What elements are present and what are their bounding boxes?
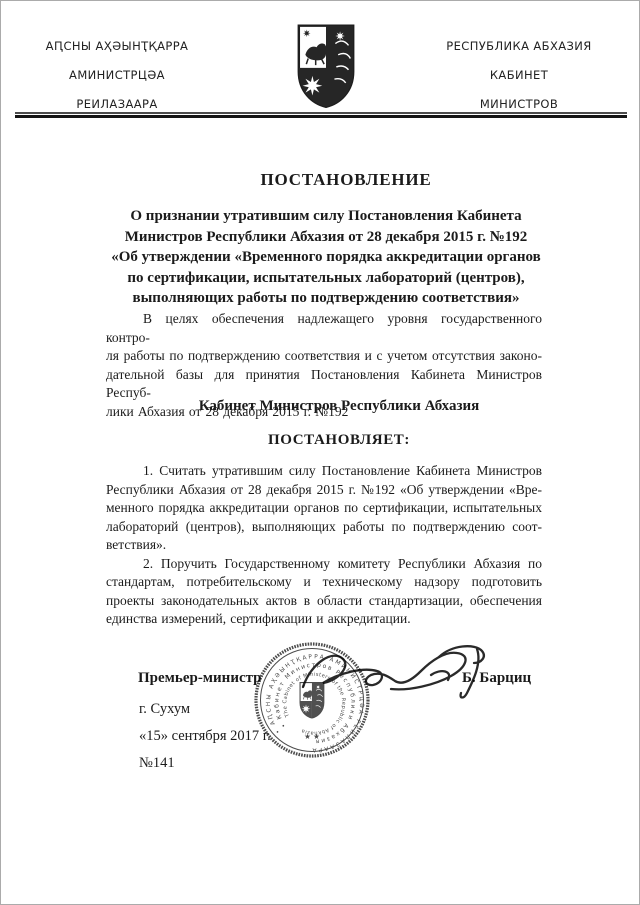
document-subject: О признании утратившим силу Постановлени…: [91, 206, 561, 309]
signer-post: Премьер-министр: [138, 670, 262, 687]
seal-stars: ★ ★: [304, 732, 320, 741]
text-line: ля работы по подтверждению соответствия …: [106, 347, 542, 366]
coat-of-arms-icon: [290, 21, 362, 111]
letterhead-russian: РЕСПУБЛИКА АБХАЗИЯКАБИНЕТМИНИСТРОВ: [433, 32, 605, 119]
letterhead-abkhazian: АԤСНЫ АҲӘЫНҬҚАРРААМИНИСТРЦӘАРЕИЛАЗААРА: [31, 32, 203, 119]
text-line: Министров Республики Абхазия от 28 декаб…: [91, 227, 561, 248]
text-line: единства измерений, сертификации и аккре…: [106, 610, 542, 629]
text-line: выполняющих работы по подтверждению соот…: [91, 288, 561, 309]
document-title: ПОСТАНОВЛЕНИЕ: [106, 170, 586, 190]
text-line: менного порядка аккредитации органов по …: [106, 499, 542, 518]
handwritten-signature: [291, 633, 496, 718]
issue-city: г. Сухум: [139, 701, 190, 718]
issue-date: «15» сентября 2017 г.: [139, 728, 271, 745]
text-line: КАБИНЕТ: [433, 61, 605, 90]
issuing-body-line: Кабинет Министров Республики Абхазия: [121, 398, 557, 415]
text-line: проекты законодательных актов в области …: [106, 592, 542, 611]
resolution-item-1: 1. Считать утратившим силу Постановление…: [106, 462, 542, 555]
text-line: стандартам, потребительскому и техническ…: [106, 573, 542, 592]
text-line: ветствия».: [106, 536, 542, 555]
text-line: дательной базы для принятия Постановлени…: [106, 366, 542, 403]
resolution-item-2: 2. Поручить Государственному комитету Ре…: [106, 555, 542, 629]
text-line: лабораторий (центров), выполняющих работ…: [106, 518, 542, 537]
text-line: 2. Поручить Государственному комитету Ре…: [106, 555, 542, 574]
text-line: 1. Считать утратившим силу Постановление…: [106, 462, 542, 481]
text-line: Республики Абхазия от 28 декабря 2015 г.…: [106, 481, 542, 500]
text-line: РЕСПУБЛИКА АБХАЗИЯ: [433, 32, 605, 61]
resolves-heading: ПОСТАНОВЛЯЕТ:: [121, 432, 557, 449]
document-number: №141: [139, 755, 175, 772]
text-line: АМИНИСТРЦӘА: [31, 61, 203, 90]
text-line: «Об утверждении «Временного порядка аккр…: [91, 247, 561, 268]
text-line: О признании утратившим силу Постановлени…: [91, 206, 561, 227]
text-line: В целях обеспечения надлежащего уровня г…: [106, 310, 542, 347]
text-line: по сертификации, испытательных лаборатор…: [91, 268, 561, 289]
resolution-items: 1. Считать утратившим силу Постановление…: [106, 462, 542, 629]
text-line: АԤСНЫ АҲӘЫНҬҚАРРА: [31, 32, 203, 61]
document-page: АԤСНЫ АҲӘЫНҬҚАРРААМИНИСТРЦӘАРЕИЛАЗААРА Р…: [0, 0, 640, 905]
letterhead-divider: [15, 112, 627, 118]
